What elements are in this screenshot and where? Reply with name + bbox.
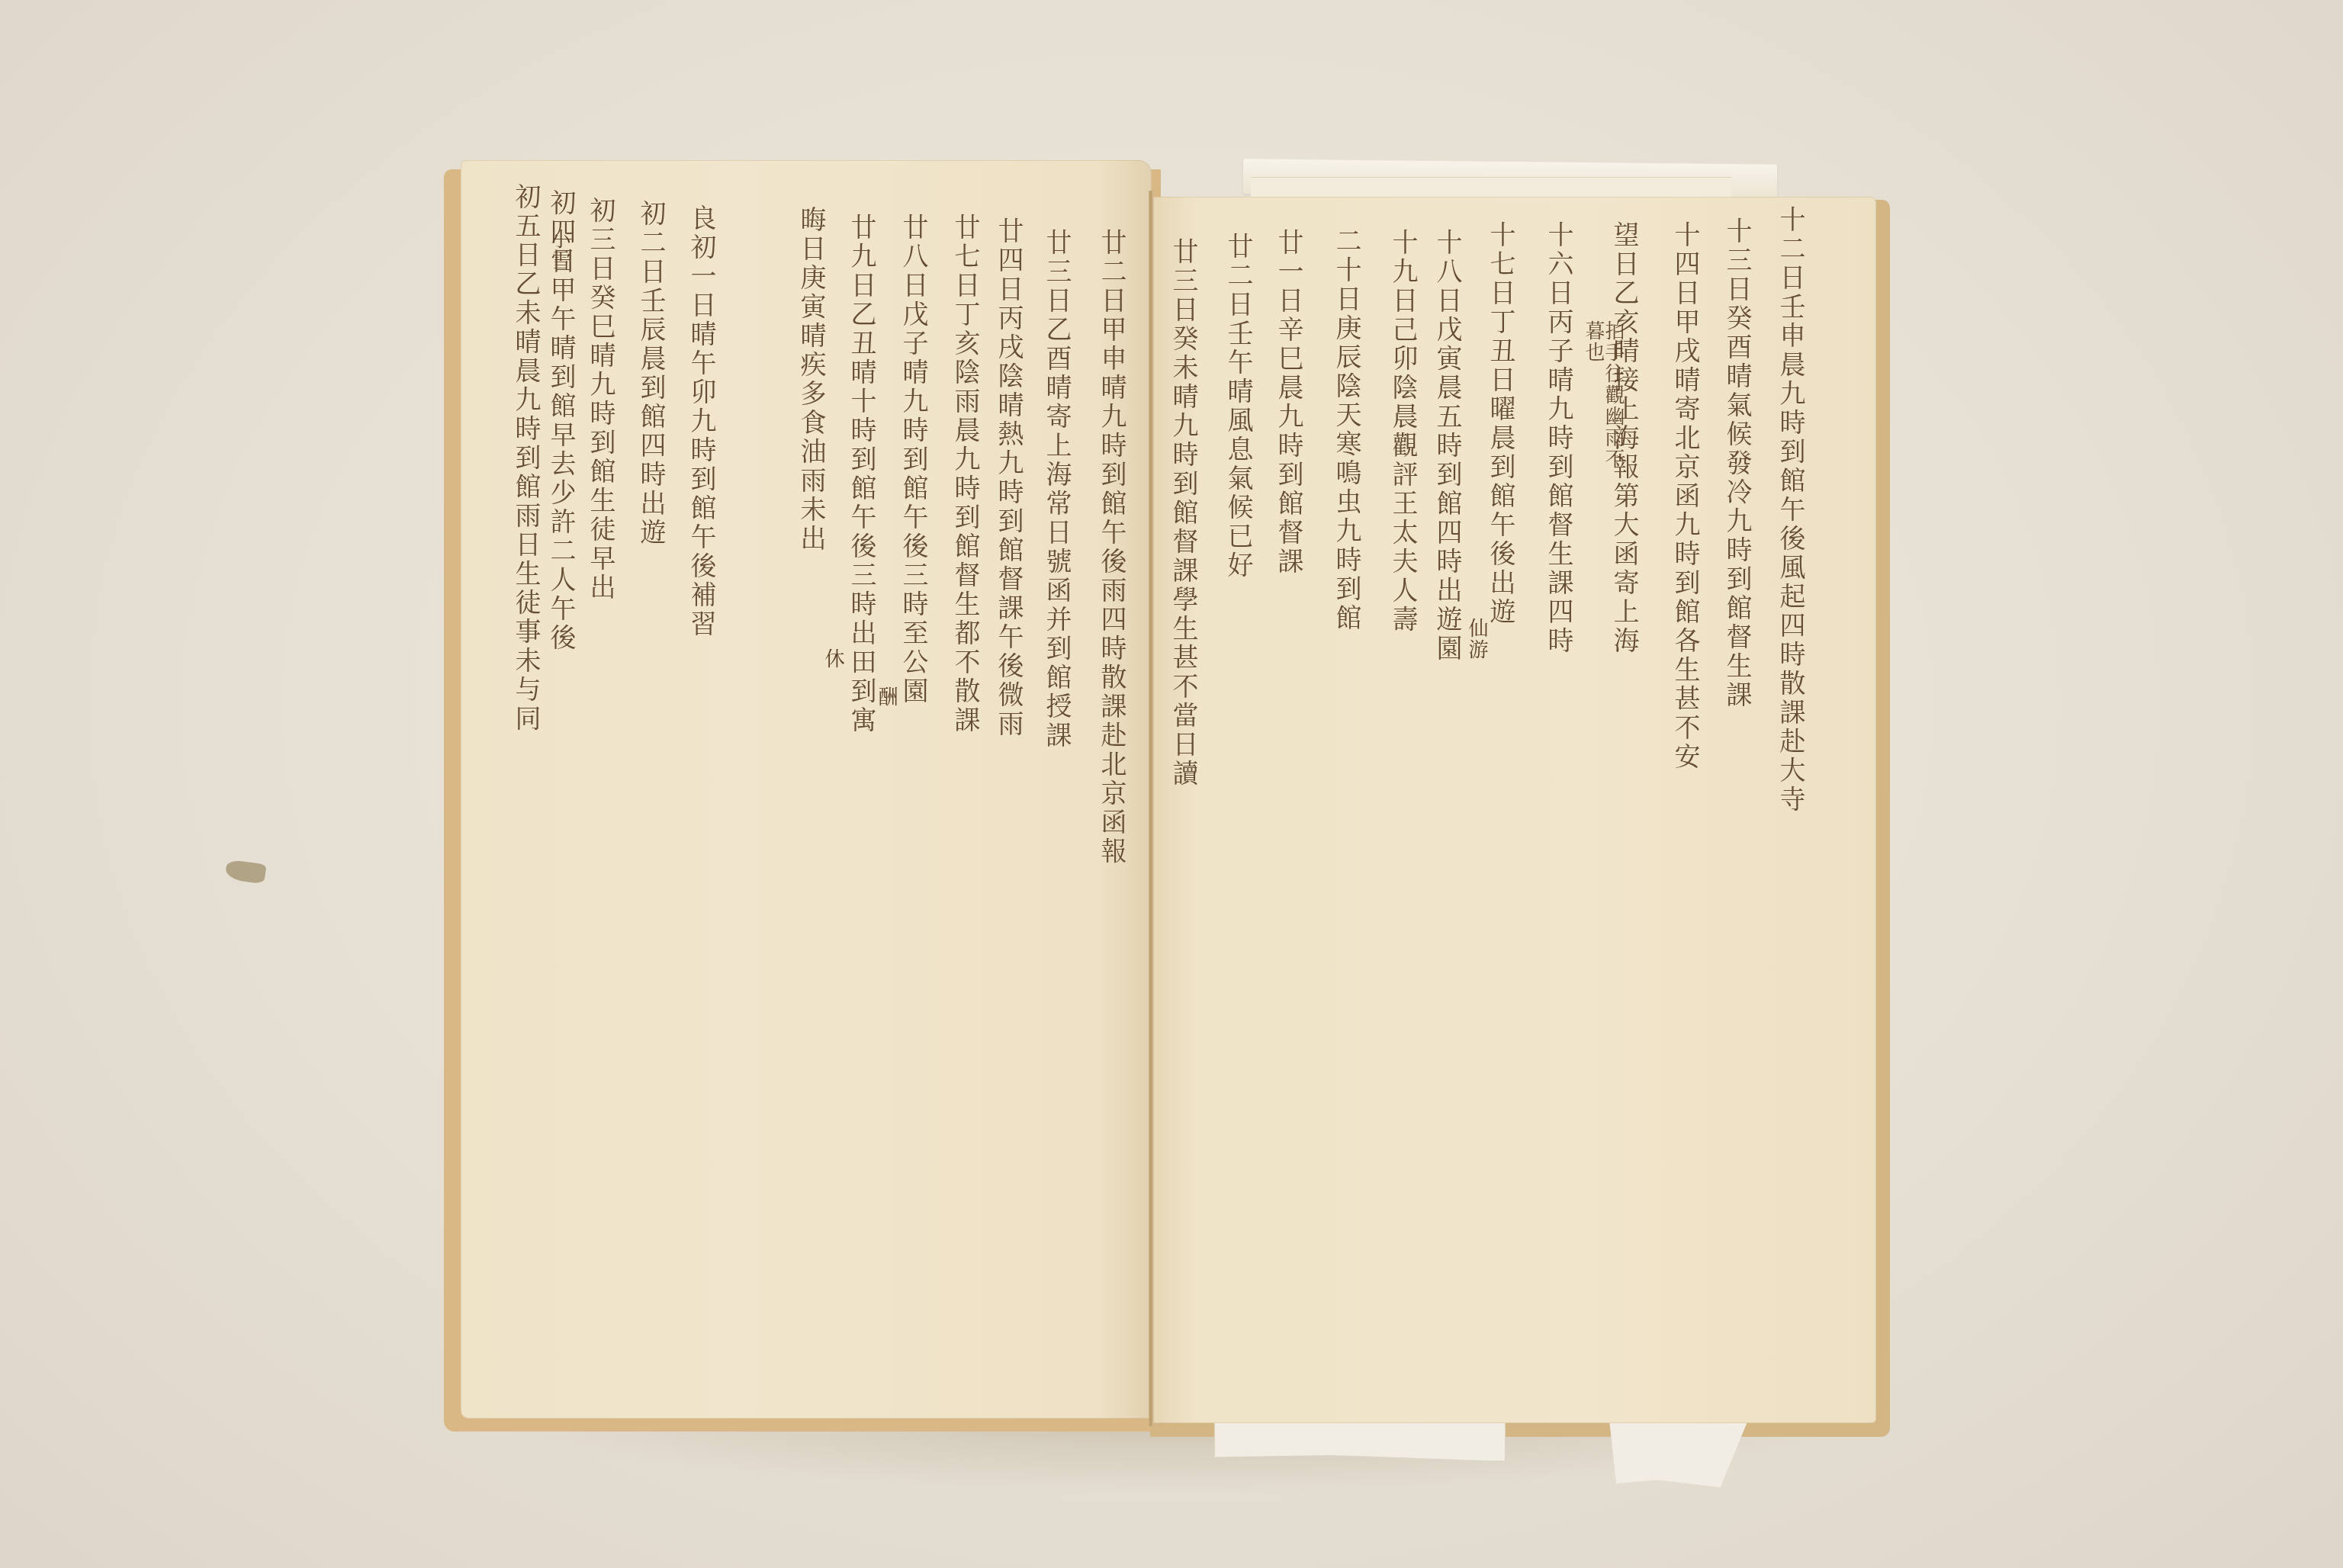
left-column-5: 廿八日戊子晴九時到館午後三時至公園 — [900, 214, 926, 1052]
margin-note-reward: 酬 — [873, 686, 901, 708]
left-column-12: 初五日乙未晴晨九時到館雨日生徒事未与同 — [513, 183, 538, 1258]
left-column-6: 廿九日乙丑晴十時到館午後三時出田到寓 — [848, 214, 874, 1403]
margin-note-xianyou: 仙游 — [1463, 618, 1491, 660]
left-column-3: 廿四日丙戌陰晴熱九時到館督課午後微雨 — [995, 217, 1021, 980]
right-column-6: 十七日丁丑日曜晨到館午後出遊 — [1487, 221, 1513, 991]
left-column-8: 良初一日晴午卯九時到館午後補習 — [688, 204, 714, 761]
right-column-11: 廿二日壬午晴風息氣候已好 — [1225, 233, 1251, 949]
right-column-8: 十九日己卯陰晨觀評王太夫人壽 — [1390, 229, 1416, 1007]
left-column-11: 初四日甲午晴到館早去少許二人午後 — [548, 189, 574, 1394]
margin-note-rest: 休 — [819, 648, 847, 670]
left-column-9: 初二日壬辰晨到館四時出遊 — [638, 200, 664, 749]
bottom-paper-insert-1 — [1214, 1420, 1506, 1461]
left-column-7: 晦日庚寅晴疾多食油雨未出 — [798, 206, 824, 892]
background-stain — [224, 860, 266, 885]
right-column-12: 廿三日癸未晴九時到館督課學生甚不當日讀 — [1170, 238, 1196, 1321]
left-column-2: 廿三日乙酉晴寄上海常日號函并到館授課 — [1043, 229, 1069, 1296]
right-column-3: 十四日甲戌晴寄北京函九時到館各生甚不安 — [1672, 221, 1698, 1457]
right-column-2: 十三日癸酉晴氣候發冷九時到館督生課 — [1724, 217, 1750, 1072]
right-column-10: 廿一日辛巳晨九時到館督課 — [1275, 229, 1301, 1022]
right-column-9: 二十日庚辰陰天寒鳴虫九時到館 — [1333, 227, 1359, 639]
right-column-7: 十八日戊寅晨五時到館四時出遊園 — [1434, 229, 1460, 1144]
right-column-1: 十二日壬申晨九時到館午後風起四時散課赴大寺 — [1777, 206, 1803, 1403]
margin-note-light-snow: 小雪 — [545, 229, 574, 272]
left-column-1: 廿二日甲申晴九時到館午後雨四時散課赴北京函報 — [1098, 229, 1124, 1365]
right-column-5: 十六日丙子晴九時到館督生課四時 — [1545, 221, 1571, 1068]
left-column-4: 廿七日丁亥陰雨晨九時到館督生都不散課 — [952, 214, 978, 923]
left-column-10: 初三日癸巳晴九時到館生徒早出 — [587, 197, 613, 929]
book-gutter — [1149, 191, 1153, 1426]
right-column-4-subline: 拍手往觀幽雨不暮也 — [1583, 320, 1623, 473]
